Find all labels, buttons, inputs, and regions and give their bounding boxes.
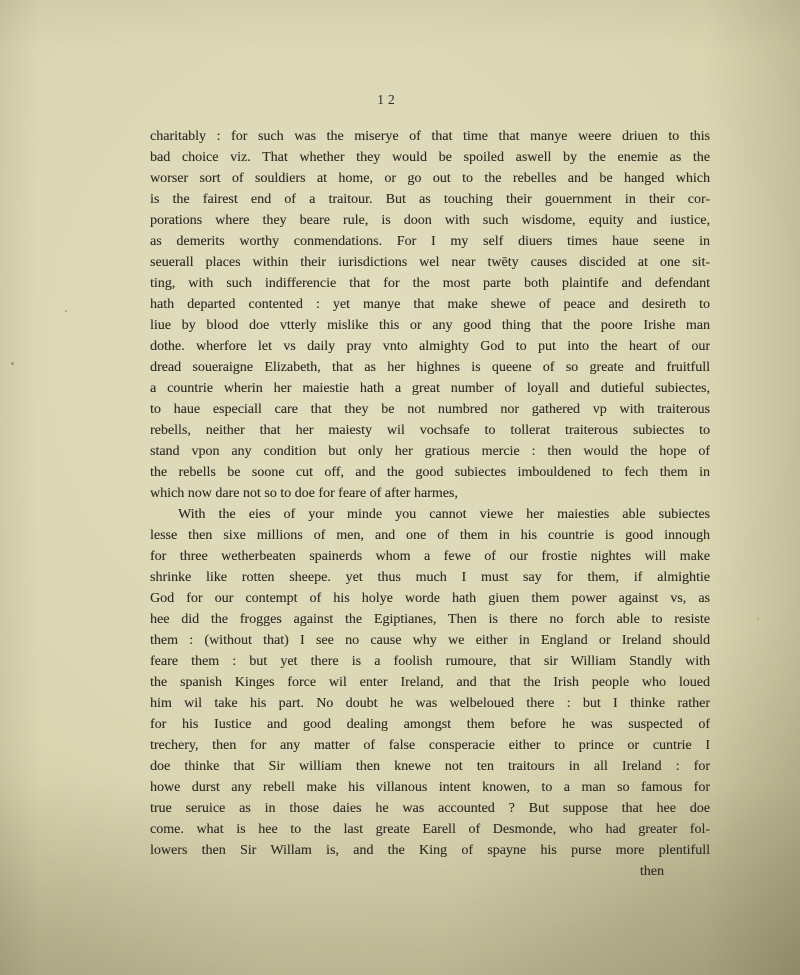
- paper-speck: [757, 618, 759, 620]
- text-line: ting, with such indifferencie that for t…: [150, 273, 710, 294]
- text-line: lowers then Sir Willam is, and the King …: [150, 840, 710, 861]
- text-line: doe thinke that Sir william then knewe n…: [150, 756, 710, 777]
- text-line: him wil take his part. No doubt he was w…: [150, 693, 710, 714]
- text-line: bad choice viz. That whether they would …: [150, 147, 710, 168]
- text-line: lesse then sixe millions of men, and one…: [150, 525, 710, 546]
- text-line: liue by blood doe vtterly mislike this o…: [150, 315, 710, 336]
- paper-speck: [65, 310, 67, 312]
- text-line: porations where they beare rule, is doon…: [150, 210, 710, 231]
- text-line: With the eies of your minde you cannot v…: [150, 504, 710, 525]
- text-line: the spanish Kinges force wil enter Irela…: [150, 672, 710, 693]
- paper-speck: [11, 362, 14, 365]
- text-line: trechery, then for any matter of false c…: [150, 735, 710, 756]
- text-line: worser sort of souldiers at home, or go …: [150, 168, 710, 189]
- catchword: then: [150, 861, 710, 882]
- text-line: is the fairest end of a traitour. But as…: [150, 189, 710, 210]
- text-line: stand vpon any condition but only her gr…: [150, 441, 710, 462]
- text-line: shrinke like rotten sheepe. yet thus muc…: [150, 567, 710, 588]
- text-line: true seruice as in those daies he was ac…: [150, 798, 710, 819]
- text-line: hee did the frogges against the Egiptian…: [150, 609, 710, 630]
- text-line: charitably : for such was the miserye of…: [150, 126, 710, 147]
- text-line: a countrie wherin her maiestie hath a gr…: [150, 378, 710, 399]
- text-line: as demerits worthy conmendations. For I …: [150, 231, 710, 252]
- text-line: howe durst any rebell make his villanous…: [150, 777, 710, 798]
- text-line: God for our contempt of his holye worde …: [150, 588, 710, 609]
- text-line: feare them : but yet there is a foolish …: [150, 651, 710, 672]
- text-line: come. what is hee to the last greate Ear…: [150, 819, 710, 840]
- text-line: which now dare not so to doe for feare o…: [150, 483, 710, 504]
- text-line: dothe. wherfore let vs daily pray vnto a…: [150, 336, 710, 357]
- body-text: charitably : for such was the miserye of…: [150, 126, 710, 882]
- text-line: to haue especiall care that they be not …: [150, 399, 710, 420]
- paragraphs: charitably : for such was the miserye of…: [150, 126, 710, 861]
- text-line: hath departed contented : yet manye that…: [150, 294, 710, 315]
- text-line: for his Iustice and good dealing amongst…: [150, 714, 710, 735]
- text-line: them : (without that) I see no cause why…: [150, 630, 710, 651]
- page-number: 12: [348, 92, 428, 108]
- text-line: rebells, neither that her maiesty wil vo…: [150, 420, 710, 441]
- text-line: the rebells be soone cut off, and the go…: [150, 462, 710, 483]
- text-line: dread soueraigne Elizabeth, that as her …: [150, 357, 710, 378]
- text-line: seuerall places within their iurisdictio…: [150, 252, 710, 273]
- text-line: for three wetherbeaten spainerds whom a …: [150, 546, 710, 567]
